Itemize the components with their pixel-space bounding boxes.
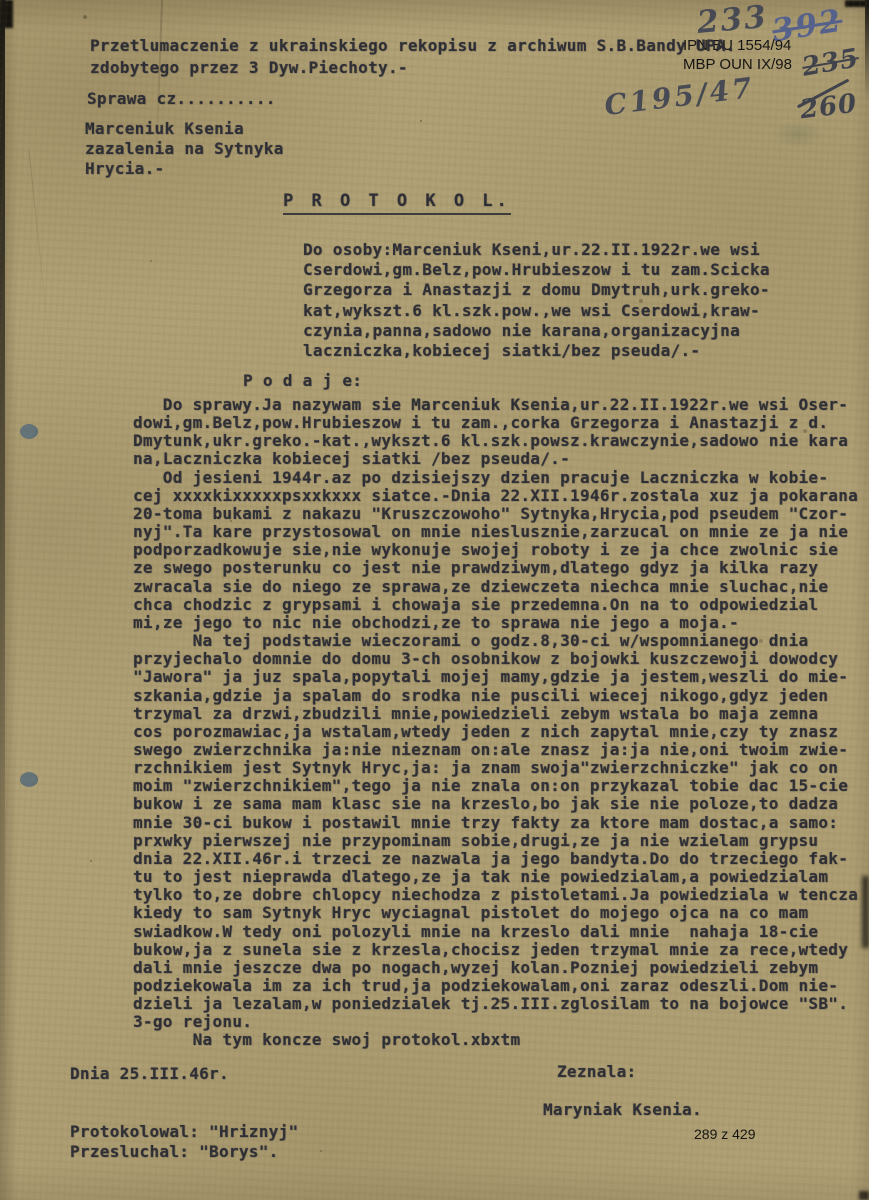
person-details-line: Do osoby:Marceniuk Kseni,ur.22.II.1922r.… bbox=[303, 240, 770, 260]
testimony-line: tylko to,ze dobre chlopcy niechodza z pi… bbox=[133, 886, 858, 904]
testimony-line: mi,ze jego to nic nie obchodzi,ze to spr… bbox=[133, 614, 858, 632]
footer-date-line: Dnia 25.III.46r. bbox=[70, 1064, 229, 1083]
interrogated-by-line: Przesluchal: "Borys". bbox=[70, 1142, 279, 1161]
person-details-line: laczniczka,kobiecej siatki/bez pseuda/.- bbox=[303, 341, 770, 361]
recorded-by-line: Protokolowal: "Hriznyj" bbox=[70, 1122, 298, 1141]
testimony-line: Na tym koncze swoj protokol.xbxtm bbox=[133, 1031, 858, 1049]
testimony-line: nyj".Ta kare przystosowal on mnie nieslu… bbox=[133, 523, 858, 541]
person-details-line: kat,wykszt.6 kl.szk.pow.,we wsi Cserdowi… bbox=[303, 301, 770, 321]
testimony-line: na,Laczniczka kobiecej siatki /bez pseud… bbox=[133, 450, 858, 468]
testimony-line: bukow i ze sama mam klasc sie na krzeslo… bbox=[133, 795, 858, 813]
testimony-line: przyjechalo domnie do domu 3-ch osobniko… bbox=[133, 650, 858, 668]
testimony-line: trzymal za drzwi,zbudzili mnie,powiedzie… bbox=[133, 705, 858, 723]
handwritten-number-dark: 233 bbox=[696, 0, 770, 41]
hole-punch-top bbox=[20, 424, 38, 439]
testimony-line: chca chodzic z grypsami i chowaja sie pr… bbox=[133, 596, 858, 614]
testimony-line: dnia 22.XII.46r.i trzeci ze nazwala ja j… bbox=[133, 850, 858, 868]
testimony-line: moim "zwierzchnikiem",tego ja nie znala … bbox=[133, 777, 858, 795]
person-details-line: Cserdowi,gm.Belz,pow.Hrubieszow i tu zam… bbox=[303, 260, 770, 280]
testimony-line: cej xxxxkixxxxxpsxxkxxx siatce.-Dnia 22.… bbox=[133, 487, 858, 505]
testimony-line: swiadkow.W tedy oni polozyli mnie na krz… bbox=[133, 923, 858, 941]
testimony-line: 20-toma bukami z nakazu "Kruszczowoho" S… bbox=[133, 505, 858, 523]
testimony-line: Na tej podstawie wieczorami o godz.8,30-… bbox=[133, 632, 858, 650]
testimony-line: Od jesieni 1944r.az po dzisiejszy dzien … bbox=[133, 469, 858, 487]
testimony-line: ze swego posterunku co jest nie prawdziw… bbox=[133, 559, 858, 577]
testimony-line: zwracala sie do niego ze sprawa,ze dziew… bbox=[133, 578, 858, 596]
handwritten-fraction-numerator: 235 bbox=[800, 43, 862, 82]
archive-reference-overlay-line2: MBP OUN IX/98 bbox=[683, 56, 792, 73]
case-number-line: Sprawa cz.......... bbox=[87, 89, 276, 108]
subject-complaint-line-2: Hrycia.- bbox=[85, 159, 164, 178]
scanned-document-page: 233 392 C195/47 235 260 IPN BU 1554/94 M… bbox=[0, 0, 869, 1200]
testified-name: Maryniak Ksenia. bbox=[543, 1100, 702, 1119]
testimony-line: Dmytunk,ukr.greko.-kat.,wykszt.6 kl.szk.… bbox=[133, 432, 858, 450]
testimony-line: cos porozmawiac,ja wstalam,wtedy jeden z… bbox=[133, 723, 858, 741]
testimony-line: dowi,gm.Belz,pow.Hrubieszow i tu zam.,co… bbox=[133, 414, 858, 432]
testimony-line: Do sprawy.Ja nazywam sie Marceniuk Kseni… bbox=[133, 396, 858, 414]
page-indicator-overlay: 289 z 429 bbox=[694, 1126, 756, 1142]
testimony-line: dzieli ja lezalam,w poniedzialek tj.25.I… bbox=[133, 995, 858, 1013]
intro-line-1: Przetlumaczenie z ukrainskiego rekopisu … bbox=[90, 36, 736, 55]
protocol-title: P R O T O K O L. bbox=[283, 191, 511, 215]
podaje-label: P o d a j e: bbox=[243, 371, 362, 390]
scan-edge-left bbox=[0, 0, 5, 1130]
scan-smudge-right bbox=[862, 876, 869, 948]
person-details-line: Grzegorza i Anastazji z domu Dmytruh,urk… bbox=[303, 280, 770, 300]
testimony-line: mnie 30-ci bukow i postawil mnie trzy fa… bbox=[133, 814, 858, 832]
handwritten-case-number: C195/47 bbox=[603, 71, 757, 122]
testimony-line: swego zwierzchnika ja:nie nieznam on:ale… bbox=[133, 741, 858, 759]
testimony-line: bukow,ja z sunela sie z krzesla,chocisz … bbox=[133, 941, 858, 959]
testimony-line: rzchnikiem jest Sytnyk Hryc,ja: ja znam … bbox=[133, 759, 858, 777]
testimony-line: 3-go rejonu. bbox=[133, 1013, 858, 1031]
testimony-line: kiedy to sam Sytnyk Hryc wyciagnal pisto… bbox=[133, 904, 858, 922]
scan-corner-bottom-right bbox=[859, 1191, 869, 1200]
testimony-line: szkania,gdzie ja spalam do srodka nie pu… bbox=[133, 687, 858, 705]
testimony-line: podziekowala im za ich trud,ja podziekow… bbox=[133, 977, 858, 995]
subject-name-line: Marceniuk Ksenia bbox=[85, 119, 244, 138]
testimony-line: podporzadkowuje sie,nie wykonuje swojej … bbox=[133, 541, 858, 559]
testimony-line: dali mnie jeszcze dwa po nogach,wyzej ko… bbox=[133, 959, 858, 977]
paper-specks bbox=[0, 0, 2, 2]
testimony-line: prxwky pierwszej nie przypominam sobie,d… bbox=[133, 832, 858, 850]
paper-crease-diagonal bbox=[29, 151, 53, 370]
person-details-block: Do osoby:Marceniuk Kseni,ur.22.II.1922r.… bbox=[303, 240, 770, 361]
paper-stain-green bbox=[772, 120, 824, 148]
testified-label: Zeznala: bbox=[557, 1062, 636, 1081]
testimony-body-block: Do sprawy.Ja nazywam sie Marceniuk Kseni… bbox=[133, 396, 858, 1050]
subject-complaint-line: zazalenia na Sytnyka bbox=[85, 139, 284, 158]
handwritten-fraction-denominator: 260 bbox=[798, 89, 859, 126]
person-details-line: czynia,panna,sadowo nie karana,organizac… bbox=[303, 321, 770, 341]
hole-punch-bottom bbox=[20, 772, 38, 787]
intro-line-2: zdobytego przez 3 Dyw.Piechoty.- bbox=[90, 58, 408, 77]
testimony-line: "Jawora" ja juz spala,popytali mojej mam… bbox=[133, 668, 858, 686]
testimony-line: tu to jest nieprawda dlatego,ze ja tak n… bbox=[133, 868, 858, 886]
scan-edge-right-top bbox=[865, 0, 869, 100]
